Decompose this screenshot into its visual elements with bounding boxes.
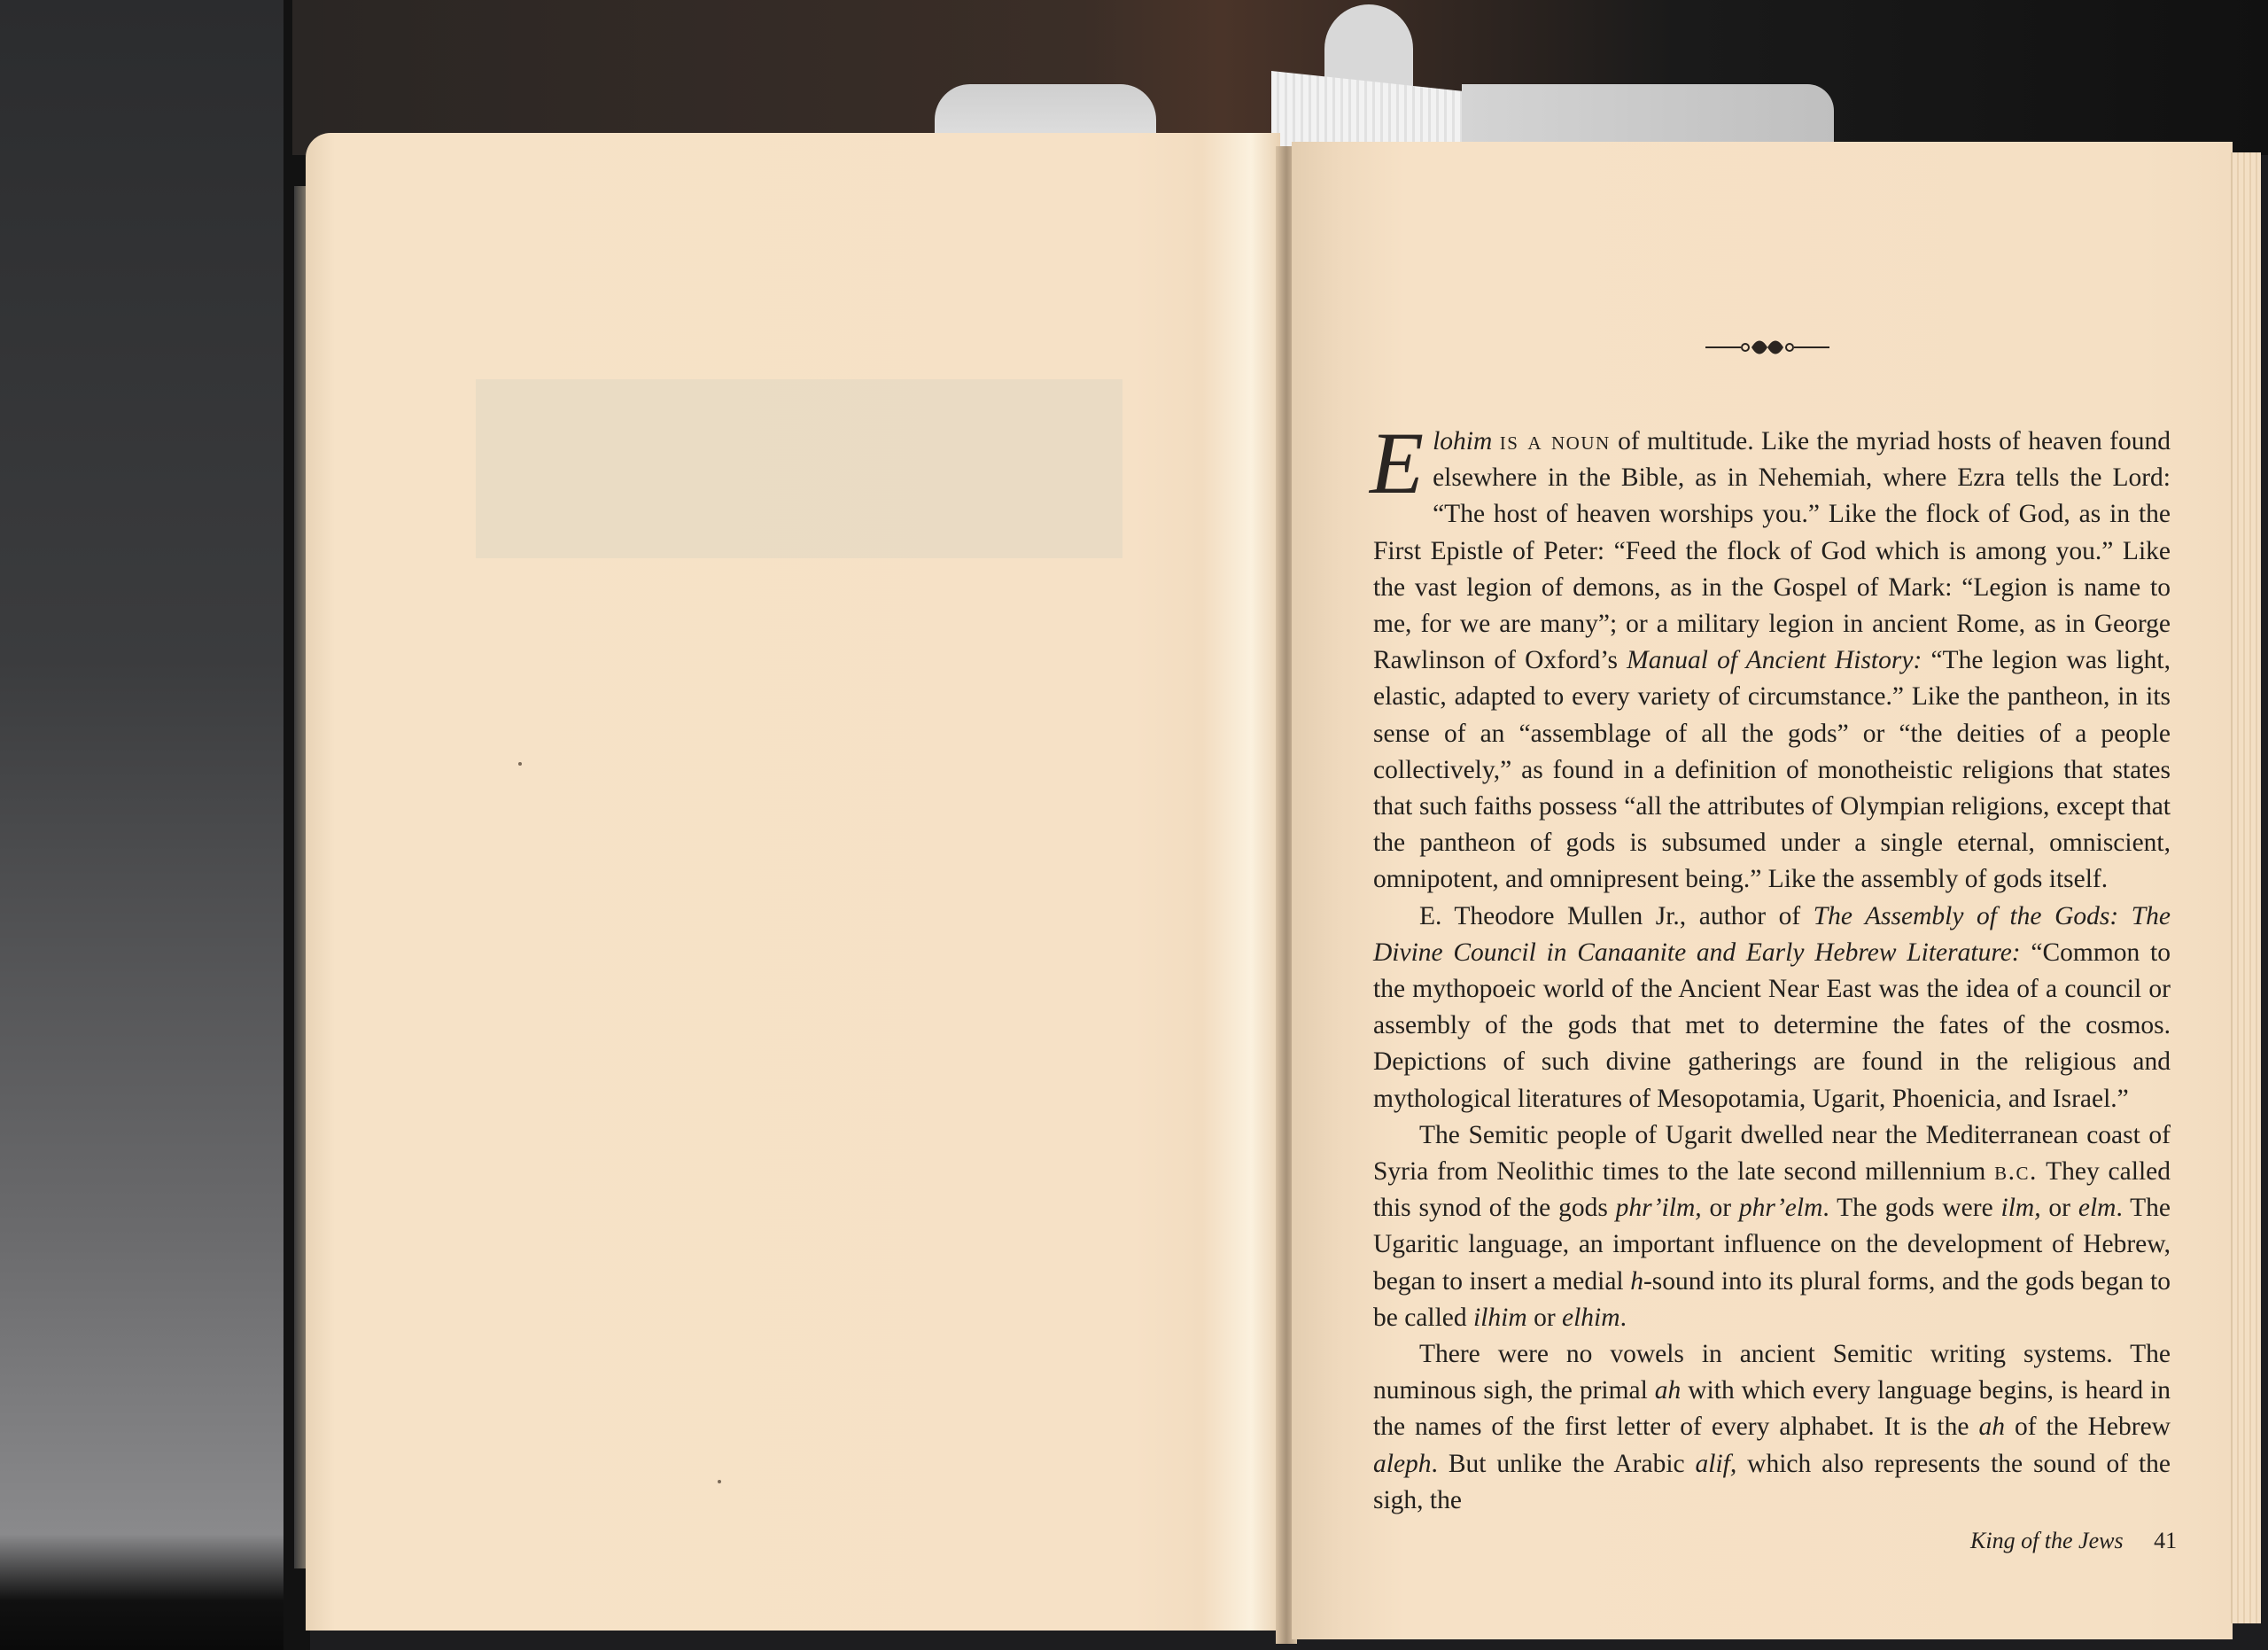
- text-run: E. Theodore Mullen Jr., author of: [1419, 902, 1814, 930]
- book-title-italic: Manual of Ancient History:: [1627, 646, 1922, 674]
- show-through-block: [476, 379, 1122, 558]
- page-number: 41: [2154, 1528, 2177, 1553]
- paragraph-4: There were no vowels in ancient Semitic …: [1373, 1336, 2171, 1519]
- text-run: .: [1620, 1304, 1627, 1332]
- term-italic: phr’elm: [1739, 1194, 1823, 1222]
- text-run: . The gods were: [1822, 1194, 2000, 1222]
- era-small-caps: b.c.: [1994, 1157, 2038, 1186]
- term-italic: elm: [2078, 1194, 2117, 1222]
- running-title: King of the Jews: [1970, 1528, 2124, 1553]
- text-run: “The legion was light, elastic, adapted …: [1373, 646, 2171, 893]
- text-run: . But unlike the Arabic: [1432, 1450, 1696, 1478]
- fleuron-ornament-icon: [1705, 335, 1829, 360]
- drop-cap: E: [1370, 429, 1424, 498]
- bookmark-strip-right: [1462, 84, 1834, 146]
- paragraph-1: Elohim is a noun of multitude. Like the …: [1373, 424, 2171, 899]
- text-run: of multitude. Like the myriad hosts of h…: [1373, 427, 2171, 674]
- term-italic: ilm,: [2001, 1194, 2041, 1222]
- term-italic: aleph: [1373, 1450, 1432, 1478]
- paragraph-2: E. Theodore Mullen Jr., author of The As…: [1373, 899, 2171, 1117]
- body-text: Elohim is a noun of multitude. Like the …: [1373, 424, 2171, 1519]
- paper-speck: [718, 1480, 721, 1483]
- term-italic: phr’ilm,: [1616, 1194, 1702, 1222]
- text-run: or: [1702, 1194, 1739, 1222]
- text-run: of the Hebrew: [2005, 1413, 2171, 1441]
- term-italic: ah: [1978, 1413, 2005, 1441]
- paragraph-3: The Semitic people of Ugarit dwelled nea…: [1373, 1117, 2171, 1336]
- term-italic: ah: [1655, 1376, 1682, 1405]
- term-italic: ilhim: [1473, 1304, 1527, 1332]
- text-run: or: [2041, 1194, 2078, 1222]
- text-run: or: [1527, 1304, 1562, 1332]
- term-italic: h: [1630, 1267, 1643, 1296]
- left-page: [306, 133, 1280, 1631]
- scanner-bed-left: [0, 0, 292, 1650]
- page-footer: King of the Jews 41: [1970, 1528, 2177, 1554]
- lead-italic: lohim: [1433, 427, 1492, 455]
- lead-small-caps: is a noun: [1500, 427, 1611, 455]
- paper-speck: [518, 762, 522, 766]
- right-page-fore-edge: [2231, 152, 2261, 1623]
- term-italic: elhim: [1562, 1304, 1620, 1332]
- term-italic: alif,: [1696, 1450, 1737, 1478]
